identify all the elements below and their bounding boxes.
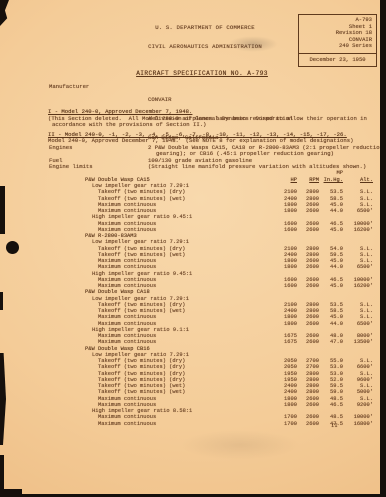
scan-smudge	[228, 36, 278, 52]
page-number: II	[331, 423, 338, 429]
section-i-note-line2: accordance with the provisions of Sectio…	[52, 122, 206, 128]
manufacturer-label: Manufacturer	[49, 84, 89, 90]
scanned-document-page: U. S. DEPARTMENT OF COMMERCE CIVIL AERON…	[0, 0, 386, 497]
engine-limits-label: Engine limits	[49, 164, 93, 170]
stamp-lines: A-793 Sheet 1 Revision 18 CONVAIR 240 Se…	[299, 15, 376, 50]
row-label: Maximum continuous	[98, 421, 156, 427]
stamp-series: 240 Series	[299, 43, 372, 50]
page-title: AIRCRAFT SPECIFICATION NO. A-793	[18, 71, 386, 77]
scan-torn-edge-left-c	[0, 353, 6, 445]
stamp-date: December 23, 1950	[299, 53, 376, 66]
cell-rpm: 2600	[301, 421, 319, 427]
scan-torn-edge-top-left	[0, 0, 9, 26]
scan-edge-bottom-left	[0, 489, 22, 497]
scan-torn-edge-left-b	[0, 292, 3, 310]
punch-hole	[6, 241, 19, 254]
scan-smudge-2	[180, 430, 300, 460]
scan-torn-edge-left-a	[0, 186, 5, 234]
cell-alt: 16800'	[347, 421, 373, 427]
revision-stamp-box: A-793 Sheet 1 Revision 18 CONVAIR 240 Se…	[298, 14, 377, 67]
manufacturer-name: CONVAIR	[148, 97, 292, 103]
limits-table-rows: P&W Double Wasp CA15Low impeller gear ra…	[85, 177, 378, 427]
cell-hp: 1700	[277, 421, 297, 427]
scan-edge-right	[380, 0, 386, 497]
engines-label: Engines	[49, 145, 73, 151]
